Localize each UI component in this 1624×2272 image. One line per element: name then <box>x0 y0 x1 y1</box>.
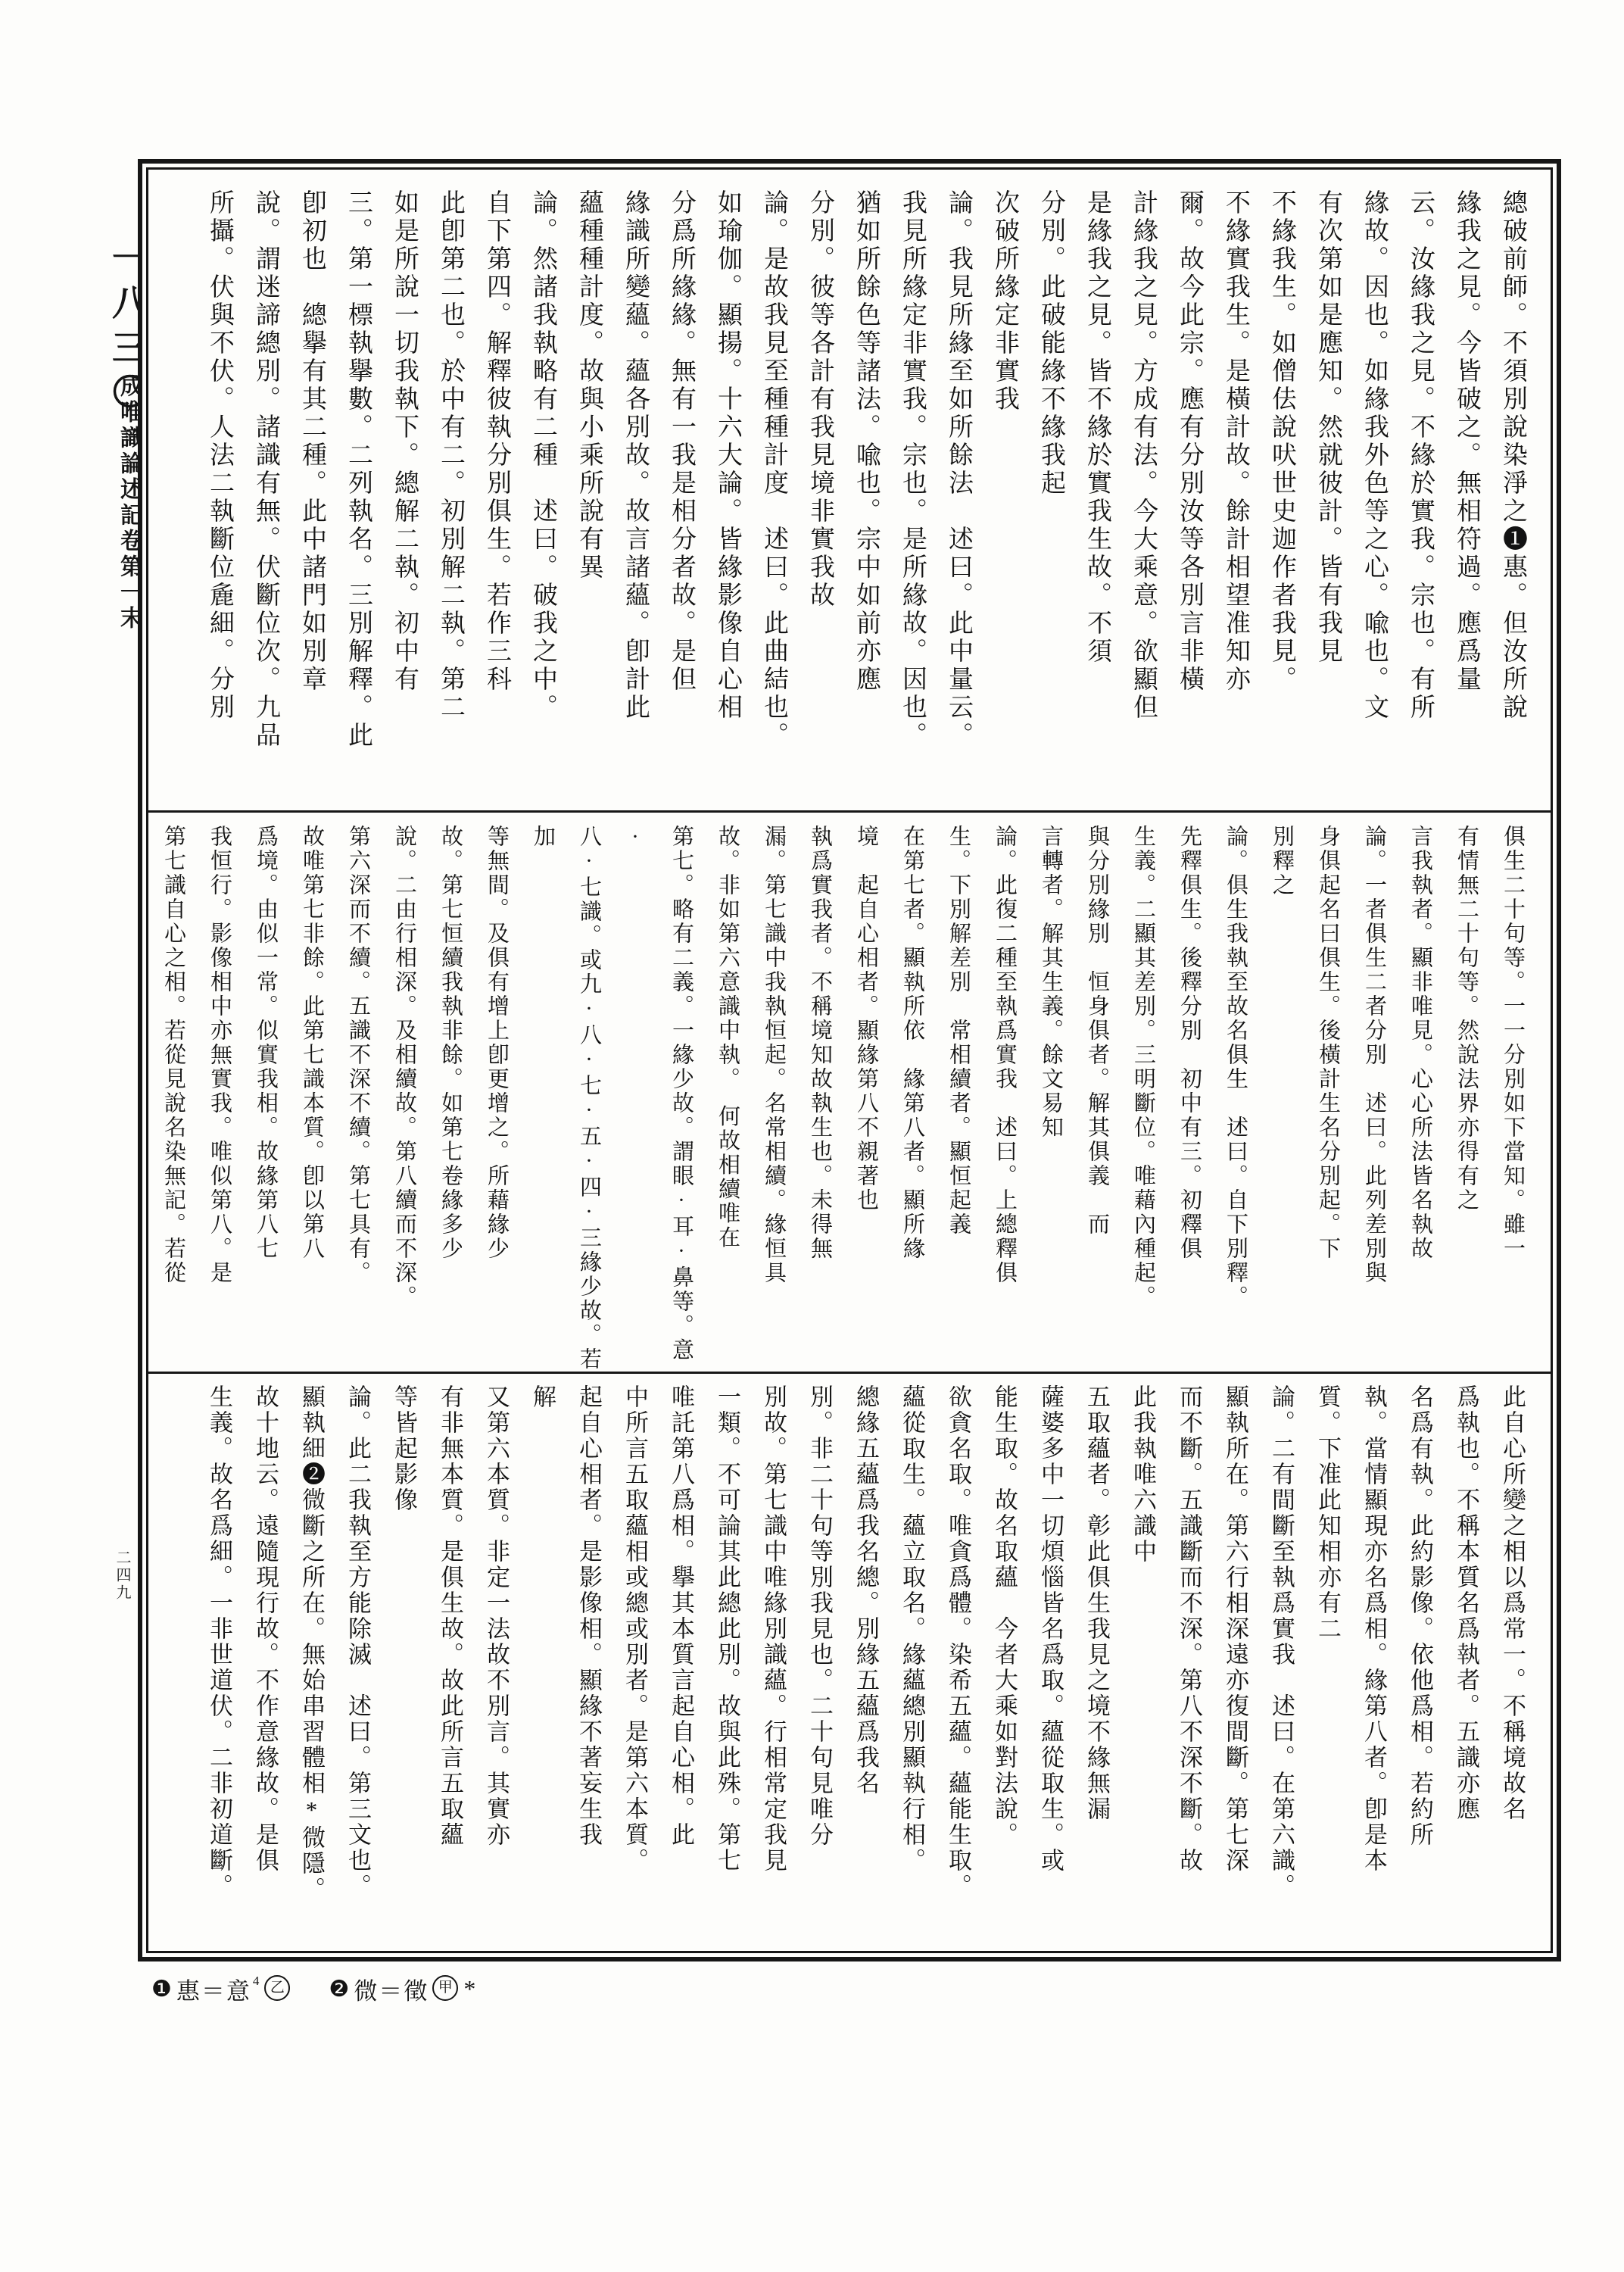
footnote-entry: ❶ 惠＝意 4 乙 <box>151 1972 294 2006</box>
manuscript-siglum: 乙 <box>264 1975 290 2001</box>
footnote-lemma: 微＝徵 <box>354 1972 429 2006</box>
text-frame-inner-rule: 總破前師。不須別說染淨之❶惠。但汝所說 緣我之見。今皆破之。無相符過。應爲量 云… <box>146 167 1553 1953</box>
footnote-marker: ❷ <box>329 1976 351 2002</box>
footnote-superscript: 4 <box>253 1974 261 1989</box>
footnote-entry: ❷ 微＝徵 甲 * <box>329 1972 477 2006</box>
text-register-bottom: 此自心所變之相以爲常一。不稱境故名 爲執也。不稱本質名爲執者。五識亦應 名爲有執… <box>148 1374 1551 1961</box>
text-register-top: 總破前師。不須別說染淨之❶惠。但汝所說 緣我之見。今皆破之。無相符過。應爲量 云… <box>148 170 1551 830</box>
apparatus-footnote: ❶ 惠＝意 4 乙 ❷ 微＝徵 甲 * <box>151 1972 512 2006</box>
folio-number: 二四九 <box>111 1550 133 1602</box>
footnote-lemma: 惠＝意 <box>176 1972 251 2006</box>
footnote-star-mark: * <box>463 1975 477 2003</box>
manuscript-siglum: 甲 <box>432 1975 458 2001</box>
text-register-middle: 俱生二十句等。一一分別如下當知。雖一 有情無二十句等。然說法界亦得有之 言我執者… <box>148 813 1551 1384</box>
text-frame: 總破前師。不須別說染淨之❶惠。但汝所說 緣我之見。今皆破之。無相符過。應爲量 云… <box>138 159 1561 1961</box>
footnote-marker: ❶ <box>151 1976 173 2002</box>
